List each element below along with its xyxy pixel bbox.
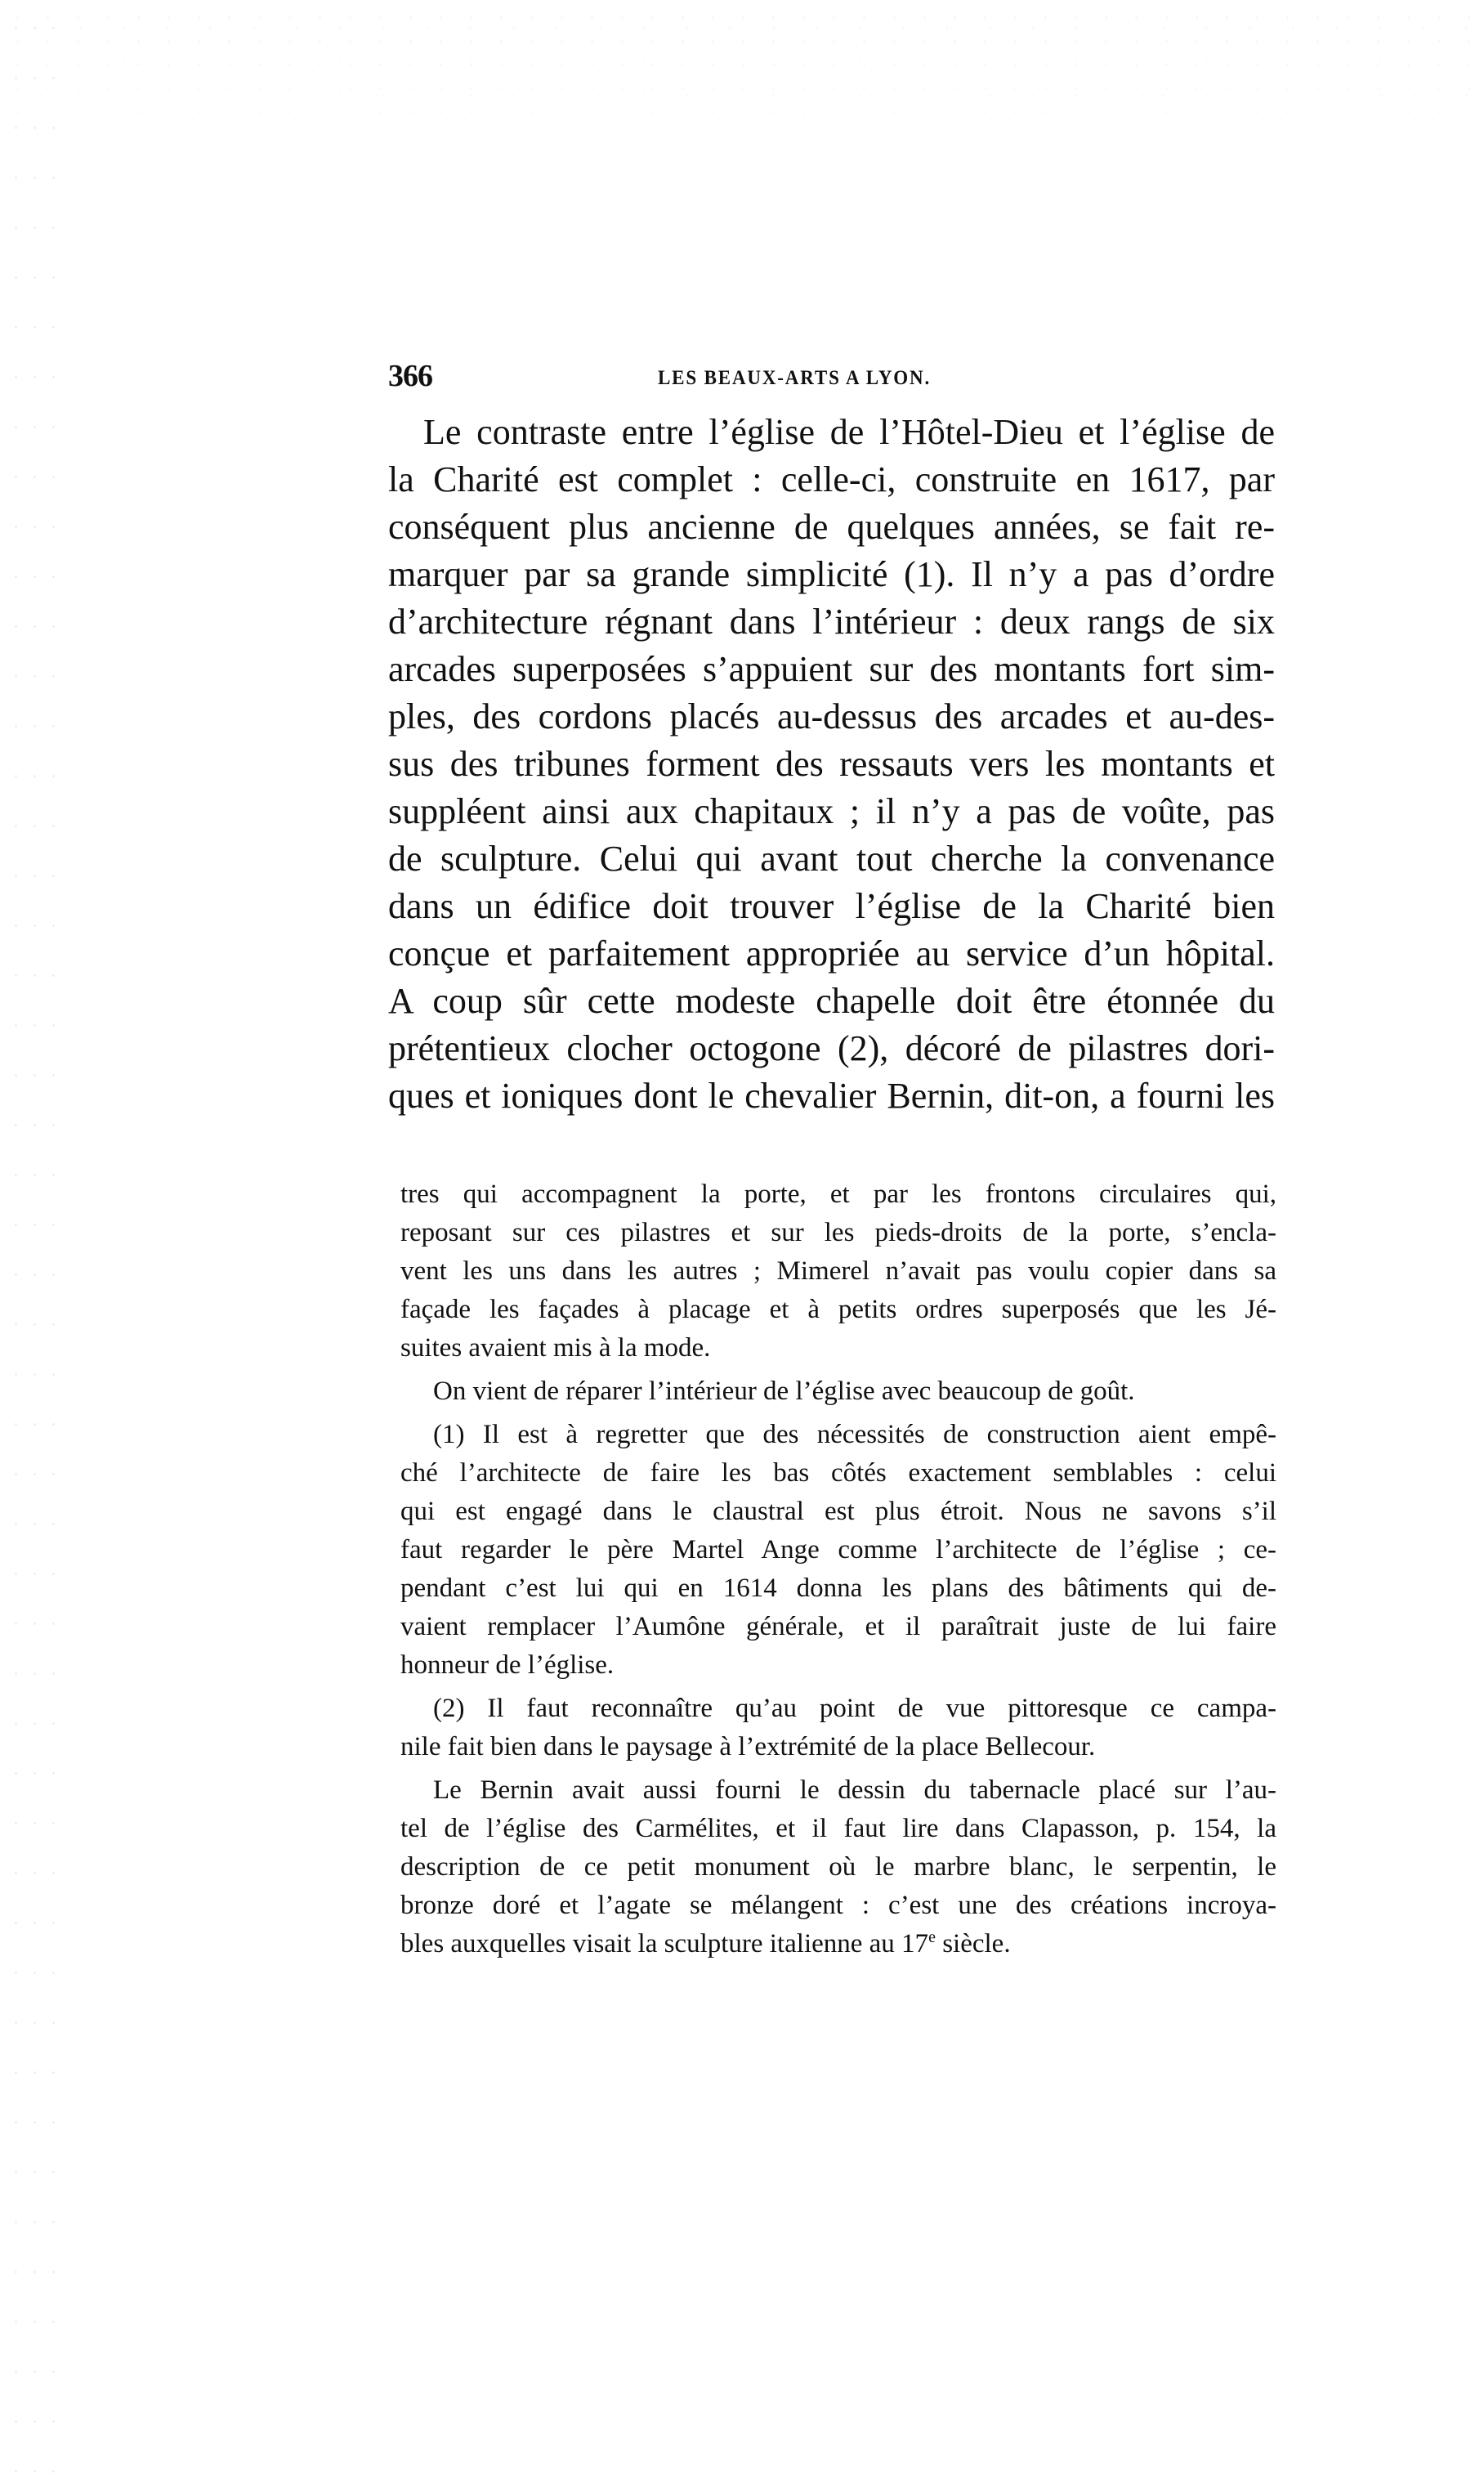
body-line: prétentieux clocher octogone (2), décoré… bbox=[388, 1025, 1275, 1072]
body-line: ques et ioniques dont le chevalier Berni… bbox=[388, 1072, 1275, 1120]
body-line: arcades superposées s’appuient sur des m… bbox=[388, 646, 1275, 693]
footnote-line: On vient de réparer l’intérieur de l’égl… bbox=[400, 1372, 1276, 1411]
footnote-line: (2) Il faut reconnaître qu’au point de v… bbox=[400, 1690, 1276, 1728]
body-line: suppléent ainsi aux chapitaux ; il n’y a… bbox=[388, 788, 1275, 835]
body-line: conséquent plus ancienne de quelques ann… bbox=[388, 504, 1275, 551]
footnote-line: bronze doré et l’agate se mélangent : c’… bbox=[400, 1887, 1276, 1925]
footnote-2: (2) Il faut reconnaître qu’au point de v… bbox=[400, 1690, 1276, 1766]
body-line: de sculpture. Celui qui avant tout cherc… bbox=[388, 835, 1275, 883]
century-superscript: e bbox=[928, 1928, 936, 1946]
running-title: LES BEAUX-ARTS A LYON. bbox=[658, 366, 931, 391]
footnote-line: vaient remplacer l’Aumône générale, et i… bbox=[400, 1608, 1276, 1646]
footnote-1: (1) Il est à regretter que des nécessité… bbox=[400, 1416, 1276, 1685]
main-text-paragraph: Le contraste entre l’église de l’Hôtel-D… bbox=[388, 409, 1275, 1120]
footnote-interior-restoration: On vient de réparer l’intérieur de l’égl… bbox=[400, 1372, 1276, 1411]
footnote-line: (1) Il est à regretter que des nécessité… bbox=[400, 1416, 1276, 1454]
page-number: 366 bbox=[388, 360, 432, 392]
footnote-line: qui est engagé dans le claustral est plu… bbox=[400, 1493, 1276, 1531]
footnote-line: façade les façades à placage et à petits… bbox=[400, 1291, 1276, 1329]
footnote-line: suites avaient mis à la mode. bbox=[400, 1329, 1276, 1368]
body-line: marquer par sa grande simplicité (1). Il… bbox=[388, 551, 1275, 598]
scan-noise-top bbox=[0, 0, 1484, 343]
footnote-line: Le Bernin avait aussi fourni le dessin d… bbox=[400, 1771, 1276, 1810]
body-line: dans un édifice doit trouver l’église de… bbox=[388, 883, 1275, 930]
footnote-text: bles auxquelles visait la sculpture ital… bbox=[400, 1929, 928, 1958]
scanned-book-page: 366 LES BEAUX-ARTS A LYON. Le contraste … bbox=[0, 0, 1484, 2480]
footnote-line: faut regarder le père Martel Ange comme … bbox=[400, 1531, 1276, 1569]
footnotes: tres qui accompagnent la porte, et par l… bbox=[400, 1175, 1276, 1968]
body-line: ples, des cordons placés au-dessus des a… bbox=[388, 693, 1275, 741]
body-line: Le contraste entre l’église de l’Hôtel-D… bbox=[388, 409, 1275, 456]
body-line: sus des tribunes forment des ressauts ve… bbox=[388, 741, 1275, 788]
scan-noise-left-margin bbox=[0, 0, 57, 2480]
footnote-text: siècle. bbox=[936, 1929, 1011, 1958]
body-line: d’architecture régnant dans l’intérieur … bbox=[388, 598, 1275, 646]
footnote-line-final: bles auxquelles visait la sculpture ital… bbox=[400, 1925, 1276, 1963]
footnote-line: reposant sur ces pilastres et sur les pi… bbox=[400, 1214, 1276, 1252]
footnote-continuation: tres qui accompagnent la porte, et par l… bbox=[400, 1175, 1276, 1368]
footnote-line: nile fait bien dans le paysage à l’extré… bbox=[400, 1728, 1276, 1766]
footnote-line: tres qui accompagnent la porte, et par l… bbox=[400, 1175, 1276, 1214]
footnote-bernin-tabernacle: Le Bernin avait aussi fourni le dessin d… bbox=[400, 1771, 1276, 1963]
footnote-line: vent les uns dans les autres ; Mimerel n… bbox=[400, 1252, 1276, 1291]
footnote-line: tel de l’église des Carmélites, et il fa… bbox=[400, 1810, 1276, 1848]
running-head: 366 LES BEAUX-ARTS A LYON. bbox=[388, 360, 1275, 392]
body-line: conçue et parfaitement appropriée au ser… bbox=[388, 930, 1275, 978]
footnote-line: pendant c’est lui qui en 1614 donna les … bbox=[400, 1569, 1276, 1608]
footnote-line: description de ce petit monument où le m… bbox=[400, 1848, 1276, 1887]
body-line: A coup sûr cette modeste chapelle doit ê… bbox=[388, 978, 1275, 1025]
footnote-line: honneur de l’église. bbox=[400, 1646, 1276, 1685]
footnote-line: ché l’architecte de faire les bas côtés … bbox=[400, 1454, 1276, 1493]
body-line: la Charité est complet : celle-ci, const… bbox=[388, 456, 1275, 504]
